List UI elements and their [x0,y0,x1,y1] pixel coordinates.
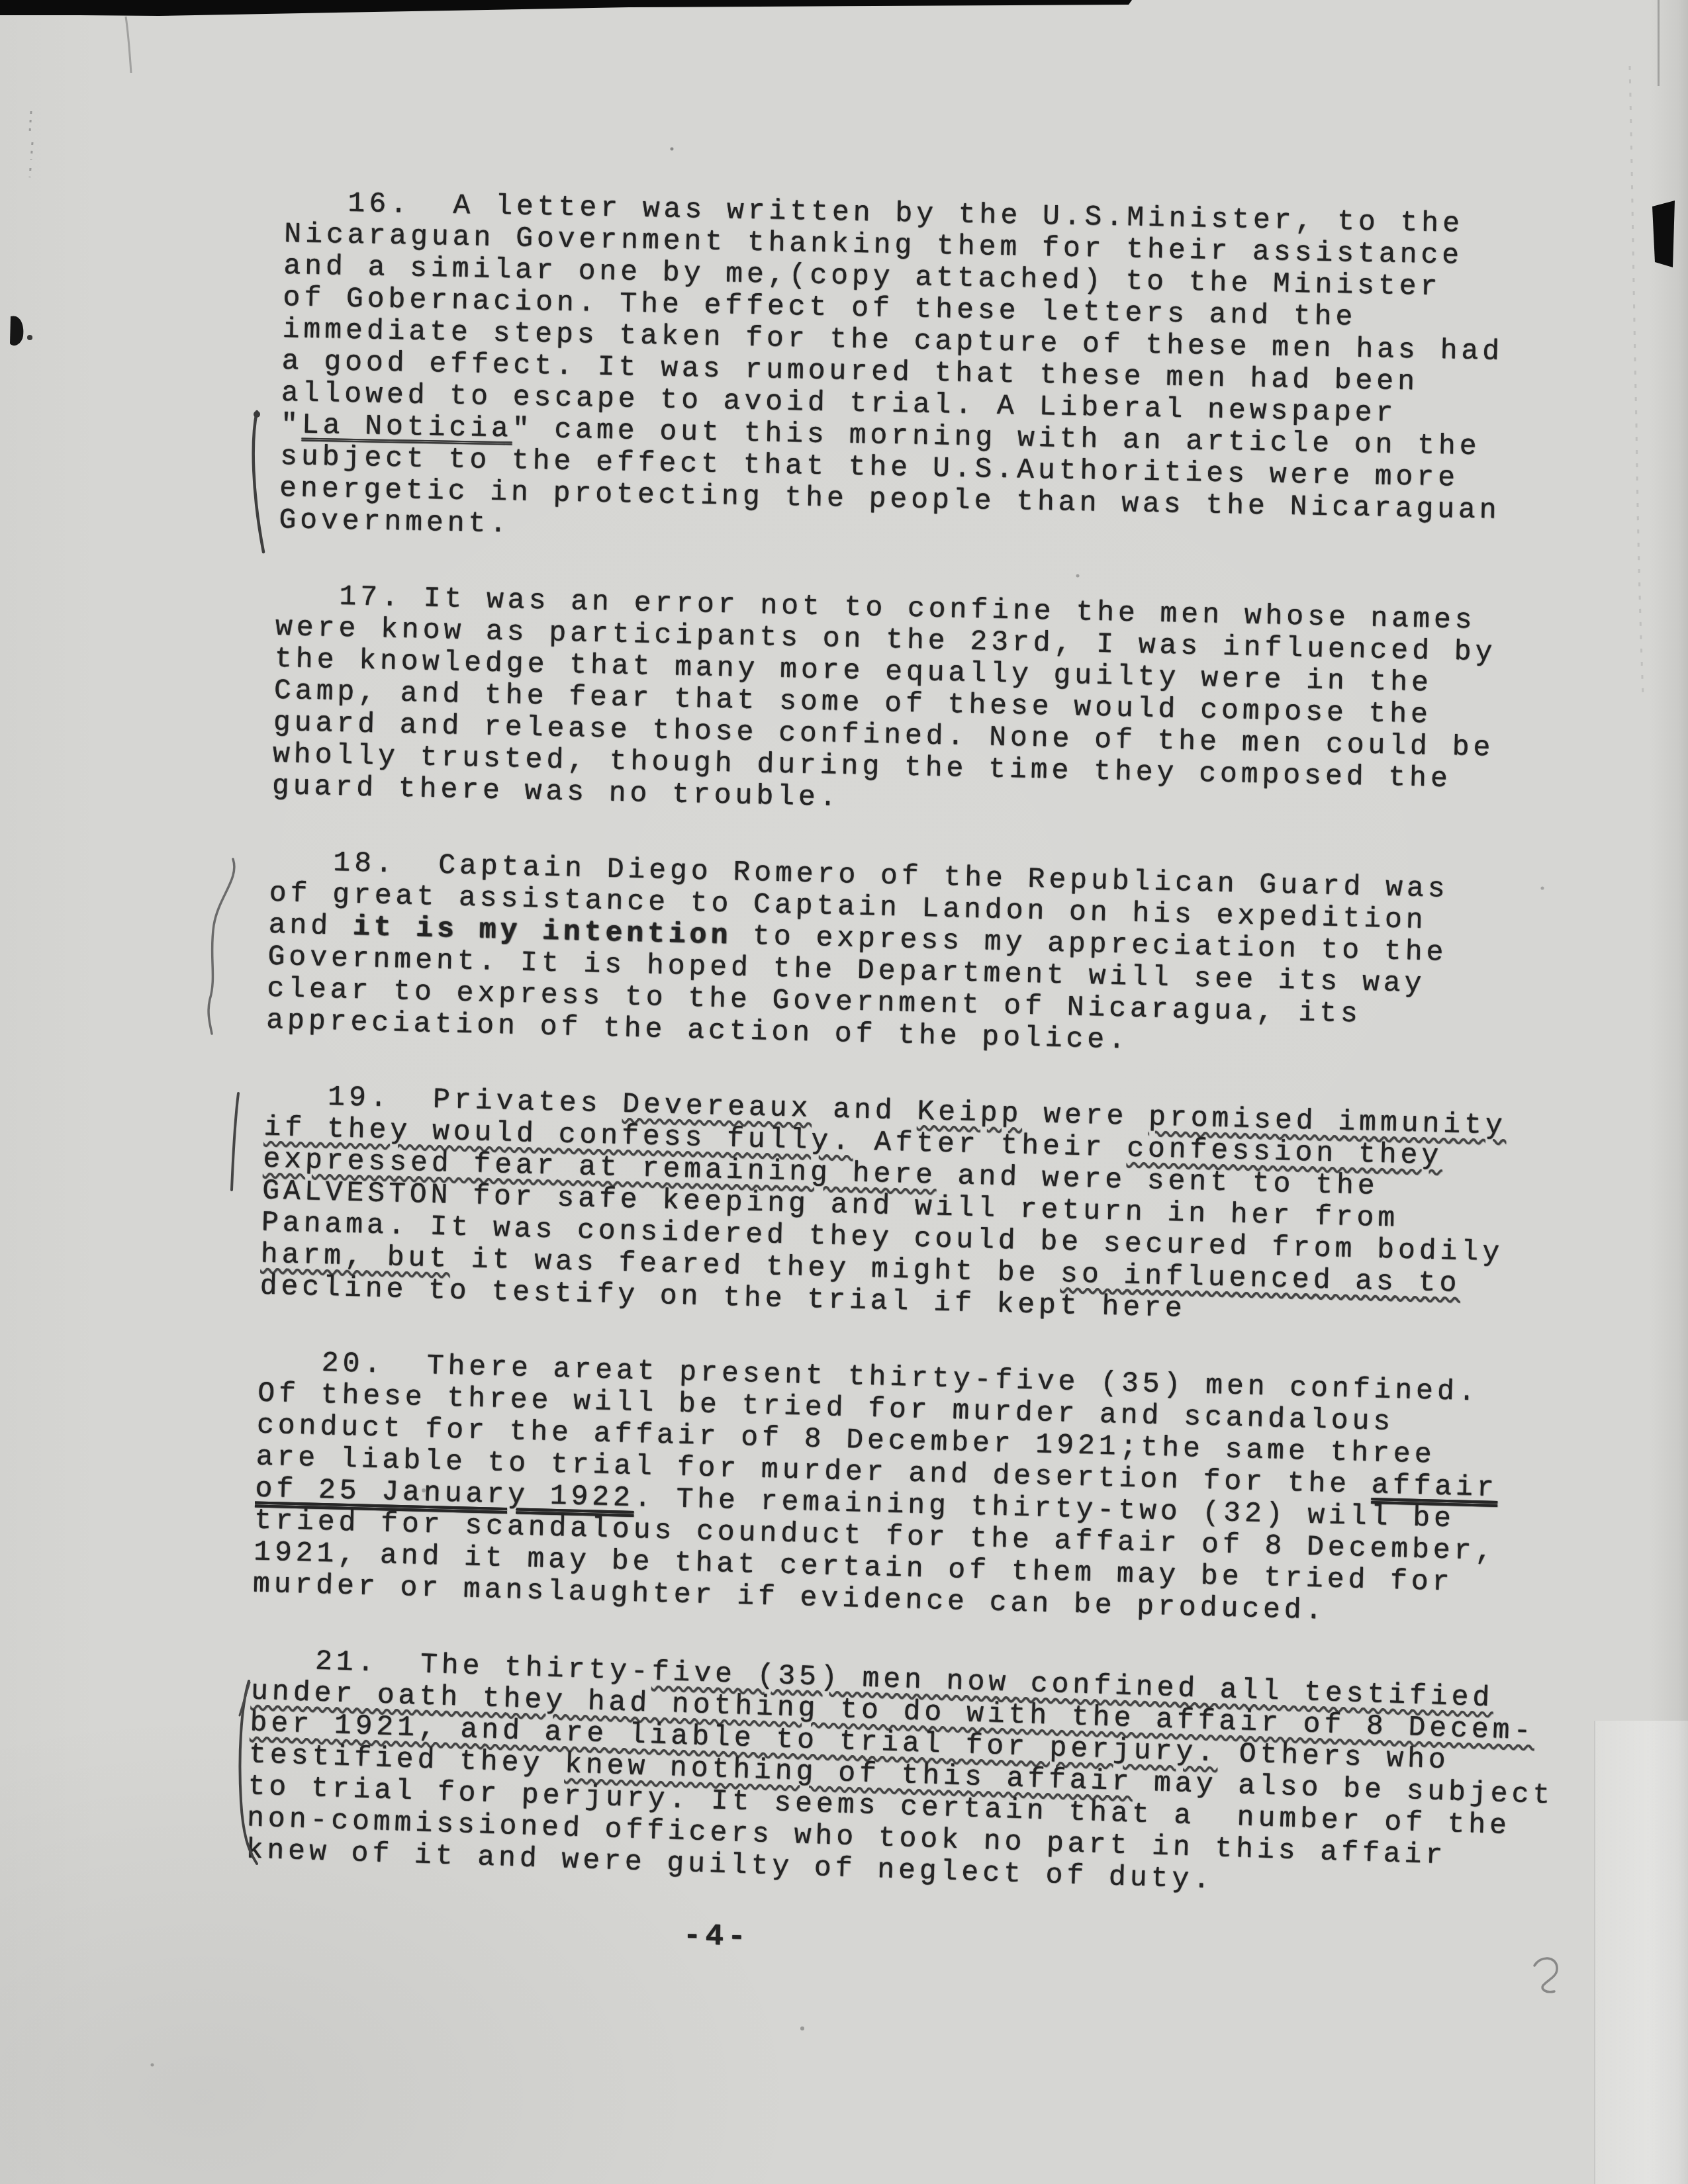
paragraph-17: 17. It was an error not to confine the m… [272,580,1594,830]
pencil-line-head-paragraph-16 [254,411,260,418]
paragraph-16: 16. A letter was written by the U.S.Mini… [279,187,1602,560]
pencil-vertical-line-beside-paragraph-19 [232,1093,238,1190]
ink-dot-left-edge [27,335,32,340]
underlined-text: harm, but [260,1238,450,1275]
paragraph-19: 19. Privates Devereaux and Keipp were pr… [259,1080,1582,1335]
text-segment: Government. [279,504,511,540]
text-segment: and [812,1093,917,1128]
page-number: -4- [245,1909,1563,1972]
document-body: 16. A letter was written by the U.S.Mini… [245,187,1603,1972]
paragraph-18: 18. Captain Diego Romero of the Republic… [266,846,1587,1068]
speck [151,2064,154,2067]
underlined-text: La Noticia [301,408,512,445]
text-segment: " [281,408,303,441]
scan-streak-right [1630,66,1643,695]
pencil-vertical-line-beside-paragraph-16 [254,412,263,552]
dotted-marks-top-left [30,111,32,177]
black-band-top-left-thick [0,0,162,15]
underlined-text: Devereaux [622,1088,812,1125]
speck [800,2026,804,2030]
scan-streak-top-left [126,17,131,73]
black-band-top-edge [0,0,1132,16]
paragraph-20: 20. There areat present thirty-five (35)… [252,1346,1575,1633]
pencil-s-curve-beside-paragraph-18 [209,859,234,1034]
underlined-text: Keipp [917,1095,1023,1130]
right-edge-shading [1648,0,1688,2184]
paragraph-21: 21. The thirty-five (35) men now confine… [246,1643,1570,1907]
pencil-hook-paragraph-21 [240,1682,250,1715]
text-segment: and [268,909,353,943]
underlined-text: affair [1371,1469,1498,1504]
scanned-document-page: { "page": { "kind": "typewritten report … [0,0,1688,2184]
black-ink-blob-left-edge [10,316,23,345]
speck [671,148,674,151]
text-segment: were [1022,1098,1149,1134]
